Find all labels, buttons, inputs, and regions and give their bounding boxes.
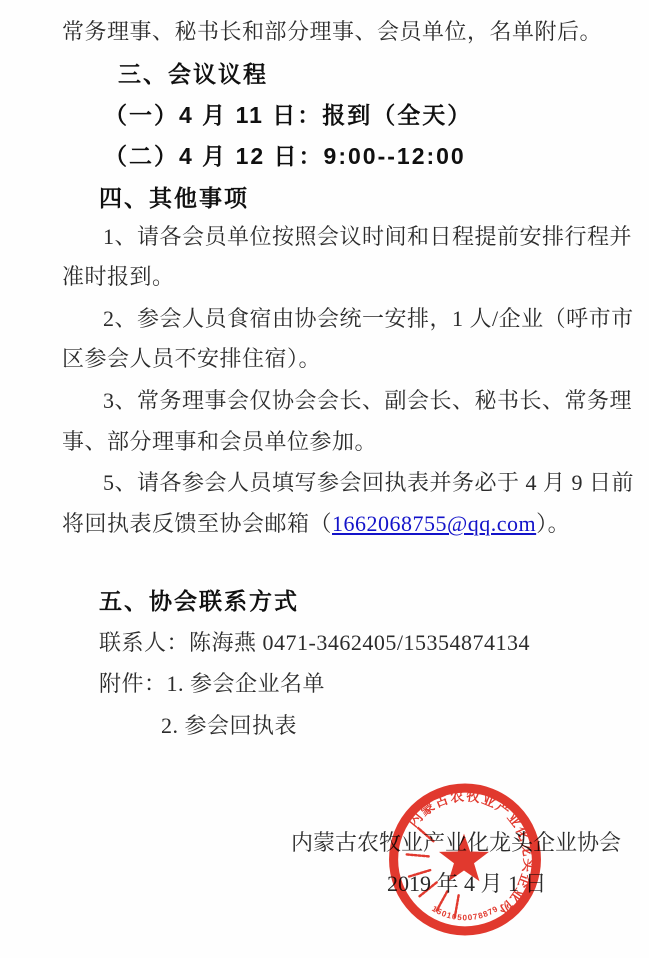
other-item-3-line-1: 3、常务理事会仅协会会长、副会长、秘书长、常务理 — [103, 387, 632, 415]
heading-other-matters: 四、其他事项 — [99, 184, 249, 212]
heading-contact: 五、协会联系方式 — [99, 587, 299, 615]
attachment-2-line: 2. 参会回执表 — [161, 712, 297, 740]
association-email-link[interactable]: 1662068755@qq.com — [332, 511, 536, 536]
agenda-item-2: （二）4 月 12 日：9:00--12:00 — [104, 142, 466, 170]
other-item-1-line-2: 准时报到。 — [62, 263, 175, 291]
email-line-prefix: 将回执表反馈至协会邮箱（ — [62, 511, 332, 536]
body-line-continuation: 常务理事、秘书长和部分理事、会员单位，名单附后。 — [62, 18, 602, 46]
seal-number: 1501050078879 — [430, 904, 500, 922]
attachment-1-line: 附件：1. 参会企业名单 — [99, 670, 325, 698]
seal-star-icon — [439, 834, 489, 882]
heading-agenda: 三、会议议程 — [118, 60, 268, 88]
other-item-5-line-2: 将回执表反馈至协会邮箱（1662068755@qq.com）。 — [62, 510, 570, 538]
document-page: 常务理事、秘书长和部分理事、会员单位，名单附后。 三、会议议程 （一）4 月 1… — [0, 0, 649, 958]
contact-person-line: 联系人：陈海燕 0471-3462405/15354874134 — [99, 629, 530, 657]
email-line-suffix: ）。 — [536, 511, 570, 536]
other-item-3-line-2: 事、部分理事和会员单位参加。 — [62, 428, 377, 456]
other-item-5-line-1: 5、请各参会人员填写参会回执表并务必于 4 月 9 日前 — [103, 469, 634, 497]
official-seal: 内蒙古农牧业产业化龙头企业协会 1501050078879 — [386, 781, 544, 939]
other-item-1-line-1: 1、请各会员单位按照会议时间和日程提前安排行程并 — [103, 223, 632, 251]
agenda-item-1: （一）4 月 11 日：报到（全天） — [104, 101, 472, 129]
other-item-2-line-1: 2、参会人员食宿由协会统一安排，1 人/企业（呼市市 — [103, 305, 634, 333]
other-item-2-line-2: 区参会人员不安排住宿）。 — [62, 345, 321, 373]
